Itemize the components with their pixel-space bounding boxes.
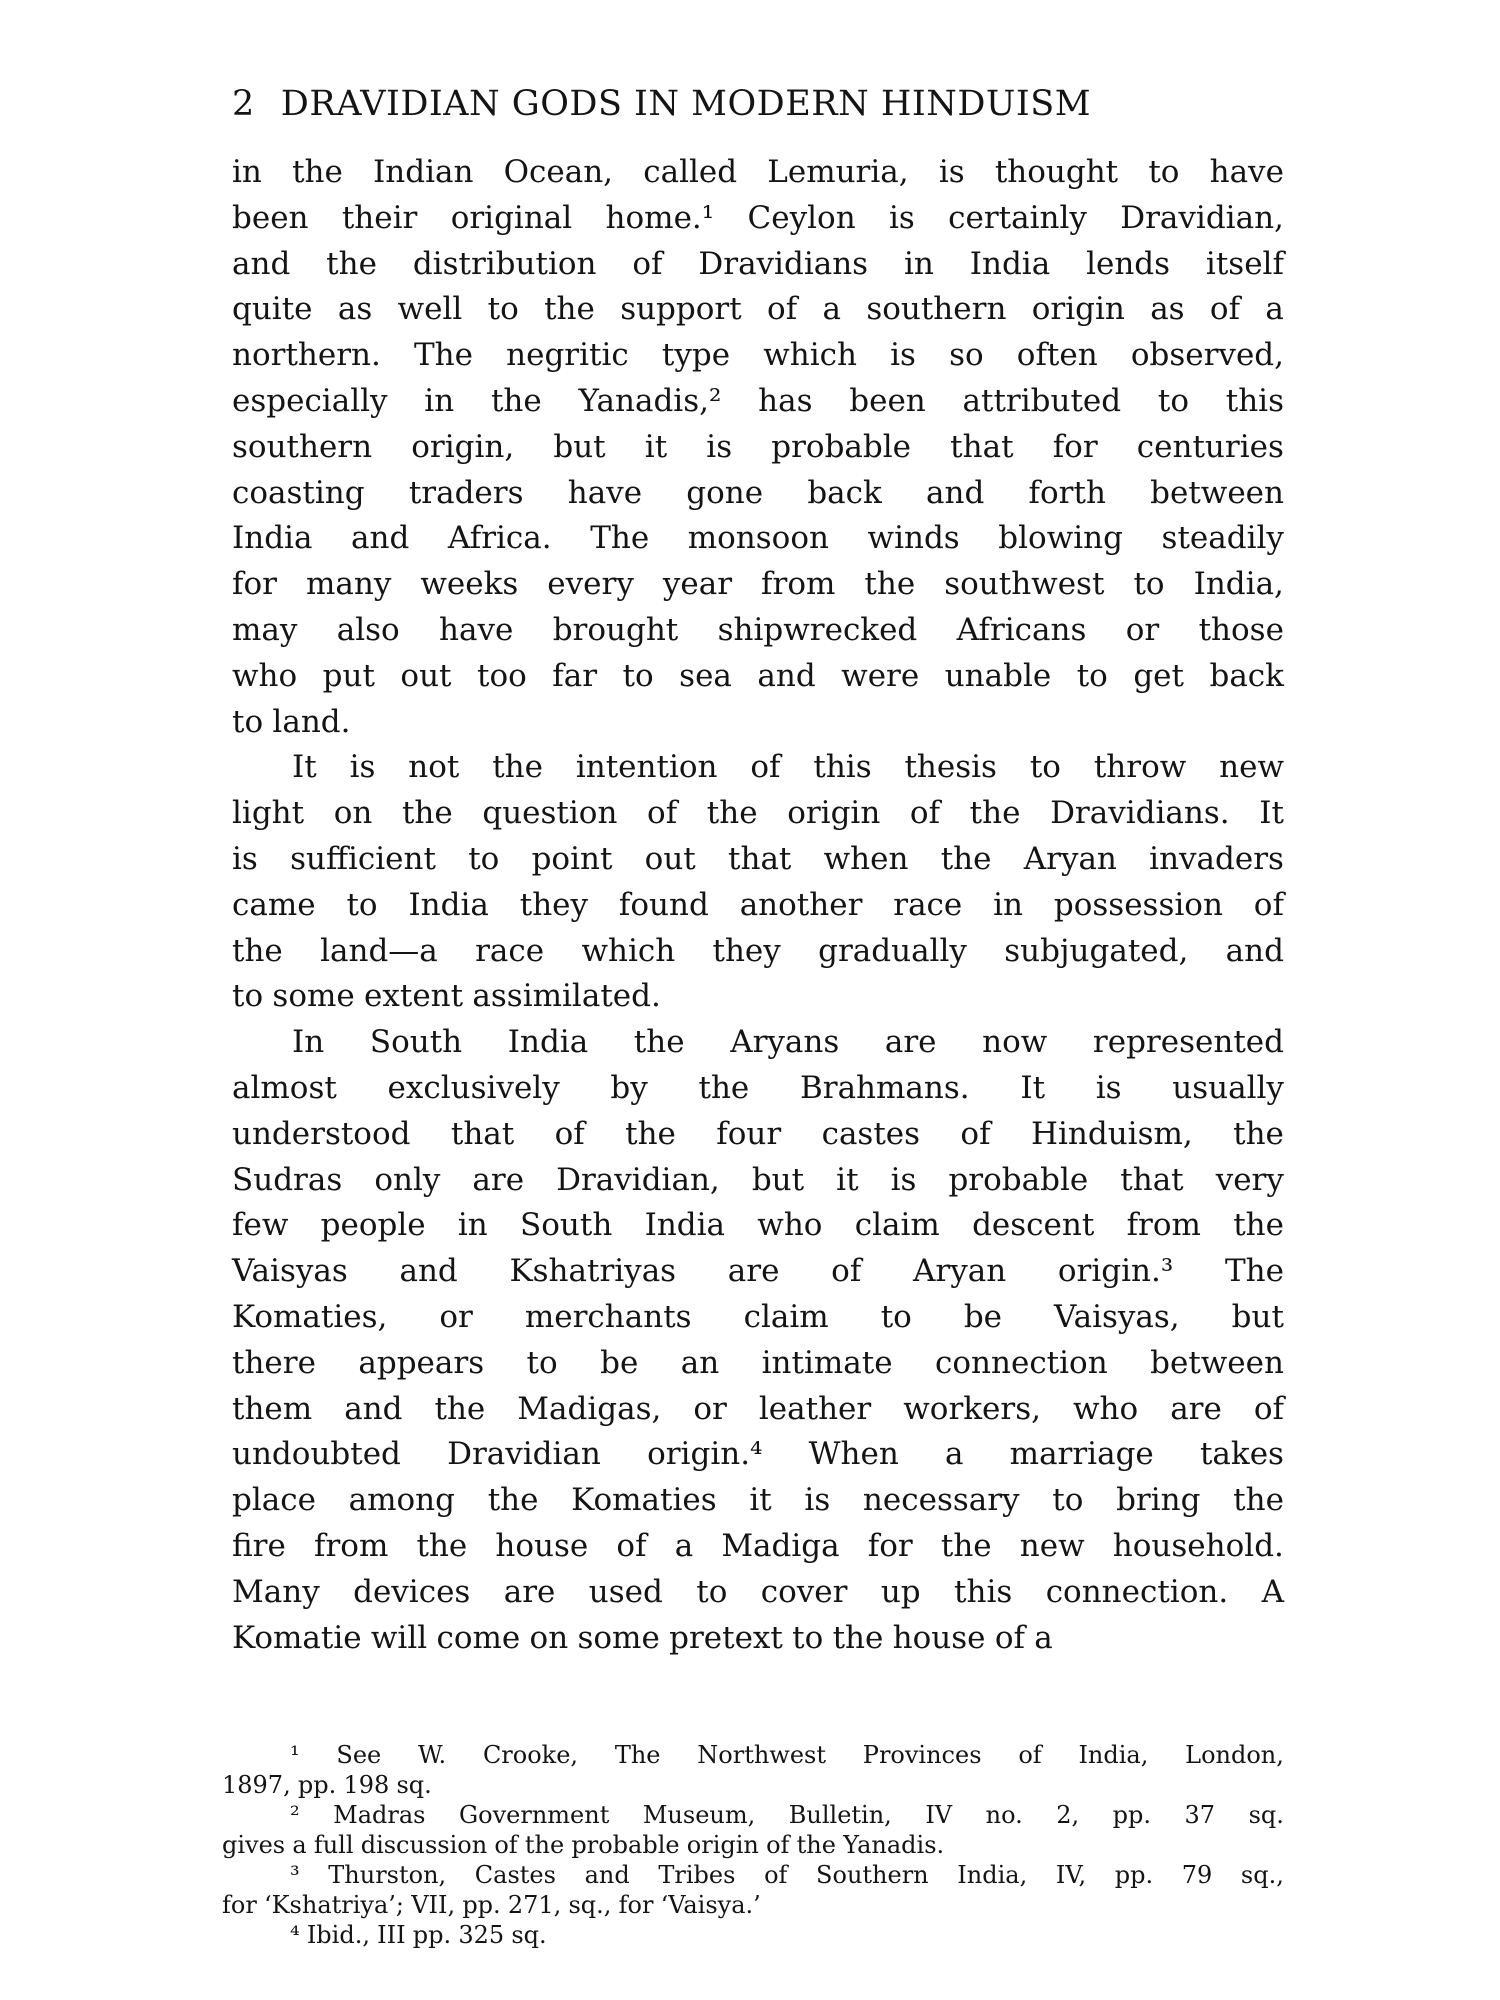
text-line: intheIndianOcean,calledLemuria,isthought… [232,150,1284,196]
text-line: placeamongtheKomatiesitisnecessarytobrin… [232,1478,1284,1524]
text-line: InSouthIndiatheAryansarenowrepresented [232,1020,1284,1066]
text-line: coastingtradershavegonebackandforthbetwe… [232,471,1284,517]
text-line: firefromthehouseofaMadigaforthenewhouseh… [232,1524,1284,1570]
page-number: 2 [232,84,255,124]
text-line: Komatiewillcomeonsomepretexttothehouseof… [232,1616,1284,1662]
text-line: formanyweekseveryyearfromthesouthwesttoI… [232,562,1284,608]
footnote-line: ²MadrasGovernmentMuseum,Bulletin,IVno.2,… [222,1800,1284,1830]
text-line: quiteaswelltothesupportofasouthernorigin… [232,287,1284,333]
footnote-line: for‘Kshatriya’;VII,pp.271,sq.,for‘Vaisya… [222,1890,1284,1920]
text-line: lightonthequestionoftheoriginoftheDravid… [232,791,1284,837]
text-line: VaisyasandKshatriyasareofAryanorigin.³Th… [232,1249,1284,1295]
body-text: intheIndianOcean,calledLemuria,isthought… [232,150,1284,1661]
text-line: understoodthatofthefourcastesofHinduism,… [232,1112,1284,1158]
text-line: cametoIndiatheyfoundanotherraceinpossess… [232,883,1284,929]
text-line: fewpeopleinSouthIndiawhoclaimdescentfrom… [232,1203,1284,1249]
text-line: issufficienttopointoutthatwhentheAryanin… [232,837,1284,883]
text-line: IndiaandAfrica.Themonsoonwindsblowingste… [232,516,1284,562]
text-line: tosomeextentassimilated. [232,974,1284,1020]
text-line: southernorigin,butitisprobablethatforcen… [232,425,1284,471]
text-line: SudrasonlyareDravidian,butitisprobableth… [232,1158,1284,1204]
footnote-line: 1897,pp.198sq. [222,1770,1284,1800]
text-line: Manydevicesareusedtocoverupthisconnectio… [232,1570,1284,1616]
page-title: DRAVIDIAN GODS IN MODERN HINDUISM [281,84,1091,124]
footnote-line: ¹SeeW.Crooke,TheNorthwestProvincesofIndi… [222,1740,1284,1770]
footnote-line: ⁴Ibid.,IIIpp.325sq. [222,1920,1284,1950]
text-line: andthedistributionofDravidiansinIndialen… [232,242,1284,288]
footnote-line: givesafulldiscussionoftheprobableorigino… [222,1830,1284,1860]
text-line: undoubtedDravidianorigin.⁴Whenamarriaget… [232,1432,1284,1478]
text-line: theland—aracewhichtheygraduallysubjugate… [232,929,1284,975]
text-line: almostexclusivelybytheBrahmans.Itisusual… [232,1066,1284,1112]
text-line: Itisnottheintentionofthisthesistothrowne… [232,745,1284,791]
text-line: themandtheMadigas,orleatherworkers,whoar… [232,1387,1284,1433]
footnote-line: ³Thurston,CastesandTribesofSouthernIndia… [222,1860,1284,1890]
text-line: whoputouttoofartoseaandwereunabletogetba… [232,654,1284,700]
text-line: especiallyintheYanadis,²hasbeenattribute… [232,379,1284,425]
running-head: 2DRAVIDIAN GODS IN MODERN HINDUISM [232,80,1284,128]
text-line: beentheiroriginalhome.¹Ceyloniscertainly… [232,196,1284,242]
text-line: toland. [232,700,1284,746]
text-line: thereappearstobeanintimateconnectionbetw… [232,1341,1284,1387]
footnotes: ¹SeeW.Crooke,TheNorthwestProvincesofIndi… [222,1740,1284,1950]
book-page: 2DRAVIDIAN GODS IN MODERN HINDUISM inthe… [232,80,1284,1661]
text-line: mayalsohavebroughtshipwreckedAfricansort… [232,608,1284,654]
text-line: Komaties,ormerchantsclaimtobeVaisyas,but [232,1295,1284,1341]
text-line: northern.Thenegritictypewhichissooftenob… [232,333,1284,379]
